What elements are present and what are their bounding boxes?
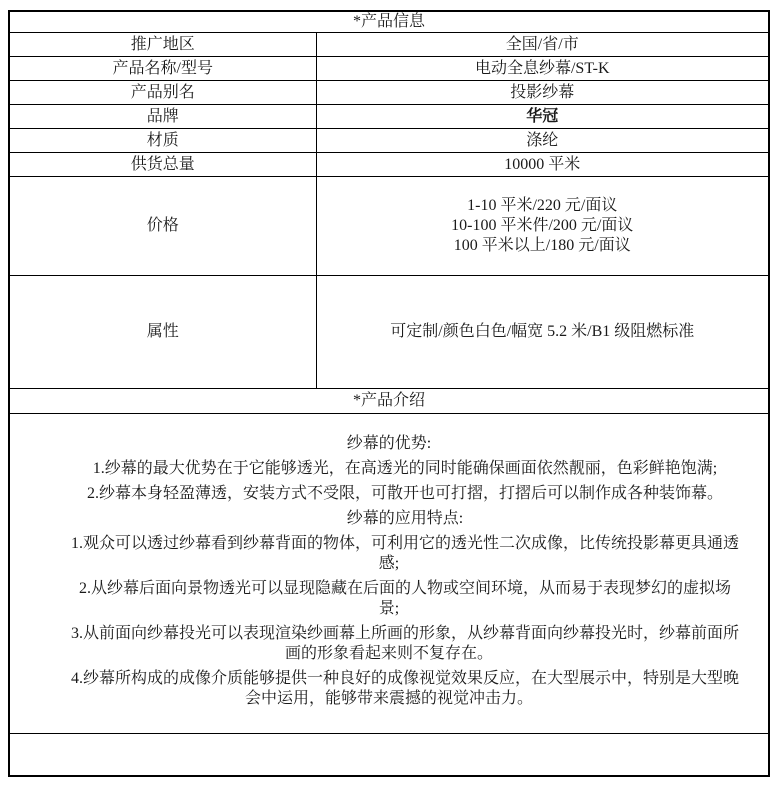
table-row-intro-header: *产品介绍 — [9, 389, 769, 414]
table-row-supply-total: 供货总量 10000 平米 — [9, 153, 769, 177]
intro-paragraph-advantages-title: 纱幕的优势: — [10, 434, 768, 454]
row-value-promotion-area: 全国/省/市 — [316, 33, 769, 57]
table-row-brand: 品牌 华冠 — [9, 105, 769, 129]
intro-body-cell: 纱幕的优势: 1.纱幕的最大优势在于它能够透光，在高透光的同时能确保画面依然靓丽… — [9, 414, 769, 734]
intro-paragraph-feature-3: 3.从前面向纱幕投光可以表现渲染纱画幕上所画的形象，从纱幕背面向纱幕投光时，纱幕… — [10, 624, 768, 664]
row-value-material: 涤纶 — [316, 129, 769, 153]
table-row-promotion-area: 推广地区 全国/省/市 — [9, 33, 769, 57]
table-row-attributes: 属性 可定制/颜色白色/幅宽 5.2 米/B1 级阻燃标准 — [9, 276, 769, 389]
product-document: *产品信息 推广地区 全国/省/市 产品名称/型号 电动全息纱幕/ST-K 产品… — [8, 10, 770, 777]
price-line-3: 100 平米以上/180 元/面议 — [317, 236, 769, 256]
intro-header-title: *产品介绍 — [9, 389, 769, 414]
table-row-intro-body: 纱幕的优势: 1.纱幕的最大优势在于它能够透光，在高透光的同时能确保画面依然靓丽… — [9, 414, 769, 734]
row-value-product-alias: 投影纱幕 — [316, 81, 769, 105]
price-line-1: 1-10 平米/220 元/面议 — [317, 196, 769, 216]
row-value-brand: 华冠 — [316, 105, 769, 129]
row-value-attributes: 可定制/颜色白色/幅宽 5.2 米/B1 级阻燃标准 — [316, 276, 769, 389]
table-row-empty — [9, 734, 769, 777]
row-label-product-alias: 产品别名 — [9, 81, 316, 105]
table-row-info-header: *产品信息 — [9, 11, 769, 33]
intro-paragraph-feature-2: 2.从纱幕后面向景物透光可以显现隐藏在后面的人物或空间环境，从而易于表现梦幻的虚… — [10, 579, 768, 619]
row-label-material: 材质 — [9, 129, 316, 153]
row-label-brand: 品牌 — [9, 105, 316, 129]
intro-paragraph-feature-1: 1.观众可以透过纱幕看到纱幕背面的物体，可利用它的透光性二次成像，比传统投影幕更… — [10, 534, 768, 574]
row-label-attributes: 属性 — [9, 276, 316, 389]
table-row-material: 材质 涤纶 — [9, 129, 769, 153]
intro-paragraph-advantage-1: 1.纱幕的最大优势在于它能够透光，在高透光的同时能确保画面依然靓丽，色彩鲜艳饱满… — [10, 459, 768, 479]
product-info-table: *产品信息 推广地区 全国/省/市 产品名称/型号 电动全息纱幕/ST-K 产品… — [8, 10, 770, 777]
row-label-product-name-model: 产品名称/型号 — [9, 57, 316, 81]
row-value-price: 1-10 平米/220 元/面议 10-100 平米件/200 元/面议 100… — [316, 177, 769, 276]
price-line-2: 10-100 平米件/200 元/面议 — [317, 216, 769, 236]
row-label-supply-total: 供货总量 — [9, 153, 316, 177]
intro-paragraph-advantage-2: 2.纱幕本身轻盈薄透，安装方式不受限，可散开也可打摺，打摺后可以制作成各种装饰幕… — [10, 484, 768, 504]
row-label-price: 价格 — [9, 177, 316, 276]
table-row-product-name-model: 产品名称/型号 电动全息纱幕/ST-K — [9, 57, 769, 81]
table-row-price: 价格 1-10 平米/220 元/面议 10-100 平米件/200 元/面议 … — [9, 177, 769, 276]
row-value-product-name-model: 电动全息纱幕/ST-K — [316, 57, 769, 81]
table-row-product-alias: 产品别名 投影纱幕 — [9, 81, 769, 105]
intro-paragraph-features-title: 纱幕的应用特点: — [10, 509, 768, 529]
intro-paragraph-feature-4: 4.纱幕所构成的成像介质能够提供一种良好的成像视觉效果反应，在大型展示中，特别是… — [10, 669, 768, 709]
empty-cell — [9, 734, 769, 777]
row-value-supply-total: 10000 平米 — [316, 153, 769, 177]
row-label-promotion-area: 推广地区 — [9, 33, 316, 57]
info-header-title: *产品信息 — [9, 11, 769, 33]
